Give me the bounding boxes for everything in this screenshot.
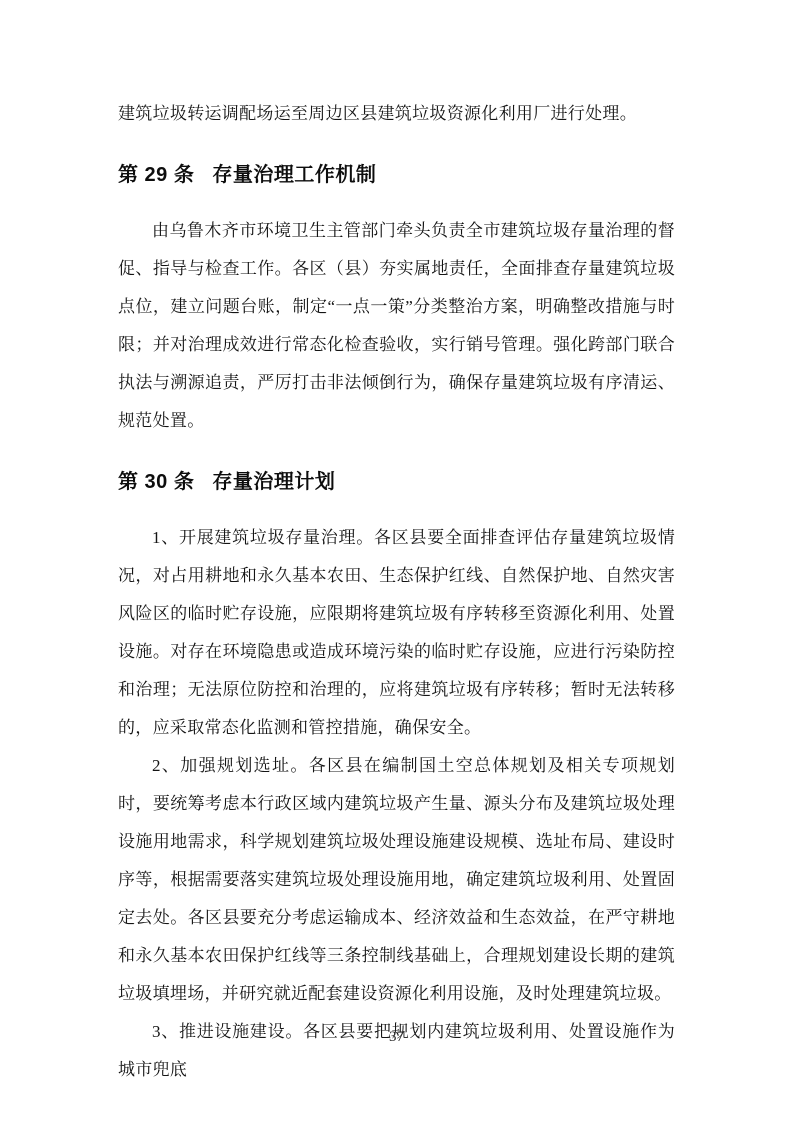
article-30-heading: 第 30 条 存量治理计划 <box>118 467 675 497</box>
article-30-item-1: 1、开展建筑垃圾存量治理。各区县要全面排查评估存量建筑垃圾情况，对占用耕地和永久… <box>118 519 675 747</box>
article-29-title: 存量治理工作机制 <box>212 164 376 186</box>
article-30-item-2: 2、加强规划选址。各区县在编制国土空总体规划及相关专项规划时，要统筹考虑本行政区… <box>118 747 675 1013</box>
article-30-title: 存量治理计划 <box>212 471 335 493</box>
paragraph-continuation: 建筑垃圾转运调配场运至周边区县建筑垃圾资源化利用厂进行处理。 <box>118 95 675 133</box>
article-29-heading: 第 29 条 存量治理工作机制 <box>118 160 675 190</box>
page-content: 建筑垃圾转运调配场运至周边区县建筑垃圾资源化利用厂进行处理。 第 29 条 存量… <box>118 95 675 1089</box>
article-30-number: 第 30 条 <box>118 471 194 493</box>
article-29-body: 由乌鲁木齐市环境卫生主管部门牵头负责全市建筑垃圾存量治理的督促、指导与检查工作。… <box>118 212 675 440</box>
document-page: 建筑垃圾转运调配场运至周边区县建筑垃圾资源化利用厂进行处理。 第 29 条 存量… <box>0 0 793 1122</box>
page-number: 37 <box>0 1026 793 1048</box>
article-30-item-3: 3、推进设施建设。各区县要把规划内建筑垃圾利用、处置设施作为城市兜底 <box>118 1013 675 1089</box>
article-29-number: 第 29 条 <box>118 164 194 186</box>
